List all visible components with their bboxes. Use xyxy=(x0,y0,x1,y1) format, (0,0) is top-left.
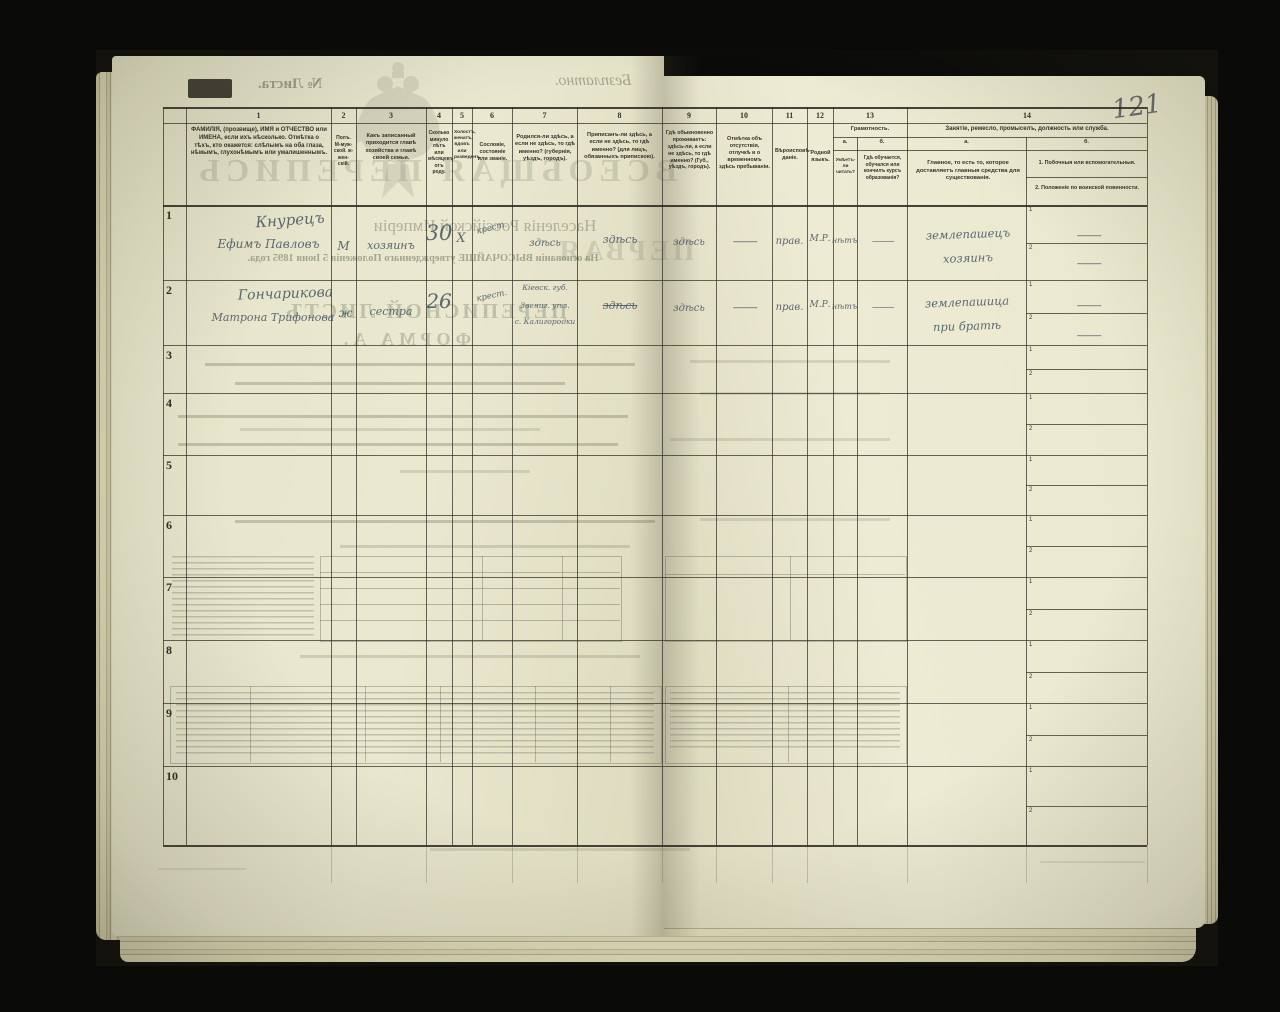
subcell-label-1: 1 xyxy=(1029,705,1032,711)
table-vline xyxy=(772,107,773,845)
row-divider xyxy=(163,393,1147,394)
header-col14-group: Занятіе, ремесло, промыселъ, должность и… xyxy=(909,126,1145,134)
subcell-label-1: 1 xyxy=(1029,282,1032,288)
row-number: 7 xyxy=(166,580,172,595)
subcell-label-2: 2 xyxy=(1029,426,1032,432)
subcell-divider xyxy=(1026,609,1147,610)
record-sex: ж xyxy=(333,307,358,320)
table-hline xyxy=(1026,177,1147,178)
table-vline-tail xyxy=(662,845,663,883)
table-vline-tail xyxy=(772,845,773,883)
header-col13a: Умѣетъ-ли читать? xyxy=(835,158,856,177)
row-number: 5 xyxy=(166,458,172,473)
table-vline xyxy=(426,107,427,845)
column-number: 1 xyxy=(249,111,269,120)
table-vline xyxy=(662,107,663,845)
header-col1: ФАМИЛІЯ, (прозвище), ИМЯ и ОТЧЕСТВО или … xyxy=(190,127,328,158)
table-vline xyxy=(577,107,578,845)
header-col12: Родной языкъ. xyxy=(810,150,831,164)
table-bottom-border xyxy=(163,845,1147,847)
subcell-label-1: 1 xyxy=(1029,517,1032,523)
header-col13-group: Грамотность. xyxy=(834,126,906,134)
table-vline-tail xyxy=(716,845,717,883)
header-col13b: Гдѣ обучается, обучался или кончилъ курс… xyxy=(860,155,905,181)
table-vline xyxy=(1147,107,1148,845)
table-vline xyxy=(716,107,717,845)
subcell-divider xyxy=(1026,313,1147,314)
subcell-divider xyxy=(1026,485,1147,486)
record-birthplace-line3: с. Калигородки xyxy=(512,318,578,326)
subcell-label-2: 2 xyxy=(1029,548,1032,554)
subcell-divider xyxy=(1026,424,1147,425)
header-col13a-letter: а. xyxy=(834,139,856,146)
subcell-divider xyxy=(1026,672,1147,673)
record-registered: здѣсь xyxy=(578,234,662,246)
subcell-label-1: 1 xyxy=(1029,347,1032,353)
table-vline-tail xyxy=(577,845,578,883)
row-divider xyxy=(163,280,1147,281)
header-col14a: Главное, то есть то, которое доставляетъ… xyxy=(916,160,1020,183)
table-vline xyxy=(833,107,834,845)
header-col14b1: 1. Побочныя или вспомогательныя. xyxy=(1031,160,1143,167)
header-col9: Гдѣ обыкновенно проживаетъ: здѣсь-ли, а … xyxy=(665,130,714,171)
record-religion: прав. xyxy=(772,236,807,247)
subcell-label-1: 1 xyxy=(1029,579,1032,585)
header-col7: Родился-ли здѣсь, а если не здѣсь, то гд… xyxy=(515,134,575,163)
header-col4: Сколько минуло лѣтъ или мѣсяцевъ отъ род… xyxy=(428,130,450,176)
column-number: 4 xyxy=(429,111,449,120)
record-relation: сестра xyxy=(356,306,426,318)
photo-background: 121 № Листа. Безплатно. ВСЕОБЩАЯ ПЕРЕПИС… xyxy=(0,0,1280,1012)
subcell-label-2: 2 xyxy=(1029,808,1032,814)
record-marital: Х xyxy=(450,232,472,246)
subcell-divider xyxy=(1026,735,1147,736)
record-side-occupation-2: — xyxy=(973,258,1203,270)
row-number: 9 xyxy=(166,706,172,721)
row-number: 10 xyxy=(166,769,178,784)
column-number: 6 xyxy=(482,111,502,120)
table-vline xyxy=(186,107,187,845)
table-top-border xyxy=(163,107,1147,109)
column-number: 10 xyxy=(734,111,754,120)
subcell-divider xyxy=(1026,243,1147,244)
column-number: 12 xyxy=(810,111,830,120)
subcell-label-2: 2 xyxy=(1029,315,1032,321)
record-birthplace-line2: Звениг. уѣз. xyxy=(512,302,578,310)
subcell-divider xyxy=(1026,369,1147,370)
row-number: 3 xyxy=(166,348,172,363)
table-vline xyxy=(472,107,473,845)
row-number: 2 xyxy=(166,283,172,298)
subcell-divider xyxy=(1026,806,1147,807)
column-number: 8 xyxy=(610,111,630,120)
column-number: 3 xyxy=(381,111,401,120)
subcell-label-2: 2 xyxy=(1029,611,1032,617)
record-side-occupation-1: — xyxy=(973,300,1203,312)
row-divider xyxy=(163,515,1147,516)
header-col8: Приписанъ-ли здѣсь, а если не здѣсь, то … xyxy=(580,132,659,161)
subcell-divider xyxy=(1026,546,1147,547)
table-vline-tail xyxy=(426,845,427,883)
header-col5: Холостъ, женатъ, вдовъ или разведенъ. xyxy=(454,130,470,161)
column-number: 2 xyxy=(334,111,354,120)
subcell-label-2: 2 xyxy=(1029,245,1032,251)
table-vline-tail xyxy=(807,845,808,883)
table-hline xyxy=(833,150,1147,151)
row-number: 4 xyxy=(166,396,172,411)
row-divider xyxy=(163,345,1147,346)
table-vline xyxy=(452,107,453,845)
header-col3: Какъ записанный приходится главѣ хозяйст… xyxy=(359,133,423,162)
record-registered: здѣсь xyxy=(578,300,662,312)
row-divider xyxy=(163,766,1147,767)
row-number: 6 xyxy=(166,518,172,533)
row-divider xyxy=(163,455,1147,456)
record-given-name: Ефимъ Павловъ xyxy=(186,238,351,251)
row-number: 1 xyxy=(166,208,172,223)
subcell-label-2: 2 xyxy=(1029,487,1032,493)
row-divider xyxy=(163,577,1147,578)
header-col13b-letter: б. xyxy=(858,139,906,146)
table-vline xyxy=(807,107,808,845)
table-vline-tail xyxy=(512,845,513,883)
table-vline-tail xyxy=(331,845,332,883)
record-age: 26 xyxy=(418,290,460,312)
header-col11: Вѣроисповѣ-даніе. xyxy=(775,148,805,162)
subcell-label-1: 1 xyxy=(1029,457,1032,463)
subcell-label-1: 1 xyxy=(1029,207,1032,213)
record-birthplace: здѣсь xyxy=(514,238,576,249)
subcell-label-1: 1 xyxy=(1029,642,1032,648)
table-vline xyxy=(163,107,164,845)
subcell-label-1: 1 xyxy=(1029,768,1032,774)
record-relation: хозяинъ xyxy=(356,240,426,252)
column-number: 7 xyxy=(535,111,555,120)
column-number: 11 xyxy=(780,111,800,120)
table-vline-tail xyxy=(1026,845,1027,883)
row-divider xyxy=(163,703,1147,704)
header-col14b2: 2. Положеніе по воинской повинности. xyxy=(1031,185,1143,192)
record-side-occupation-1: — xyxy=(973,230,1203,242)
header-col10: Отмѣтка объ отсутствіи, отлучкѣ и о врем… xyxy=(719,136,770,171)
table-hline xyxy=(163,123,1147,124)
subcell-label-2: 2 xyxy=(1029,737,1032,743)
header-col14b-letter: б. xyxy=(1028,139,1145,146)
subcell-label-2: 2 xyxy=(1029,674,1032,680)
table-vline-tail xyxy=(907,845,908,883)
column-number: 5 xyxy=(452,111,472,120)
header-col14a-letter: а. xyxy=(909,139,1024,146)
record-religion: прав. xyxy=(772,302,807,313)
table-vline-tail xyxy=(1147,845,1148,883)
table-hline xyxy=(833,137,1147,138)
column-number: 9 xyxy=(679,111,699,120)
header-col6: Сословіе, состояніе или званіе. xyxy=(475,142,510,163)
column-number: 14 xyxy=(1017,111,1037,120)
header-bottom-border xyxy=(163,205,1147,207)
subcell-label-2: 2 xyxy=(1029,371,1032,377)
record-side-occupation-2: — xyxy=(973,330,1203,342)
row-number: 8 xyxy=(166,643,172,658)
table-vline xyxy=(907,107,908,845)
header-col2: Полъ. М-муж-ской. ж-жен-скій. xyxy=(333,135,354,168)
row-divider xyxy=(163,640,1147,641)
record-birthplace-line1: Кіевск. губ. xyxy=(512,284,578,292)
column-number: 13 xyxy=(860,111,880,120)
record-sex: М xyxy=(331,240,356,253)
subcell-label-1: 1 xyxy=(1029,395,1032,401)
